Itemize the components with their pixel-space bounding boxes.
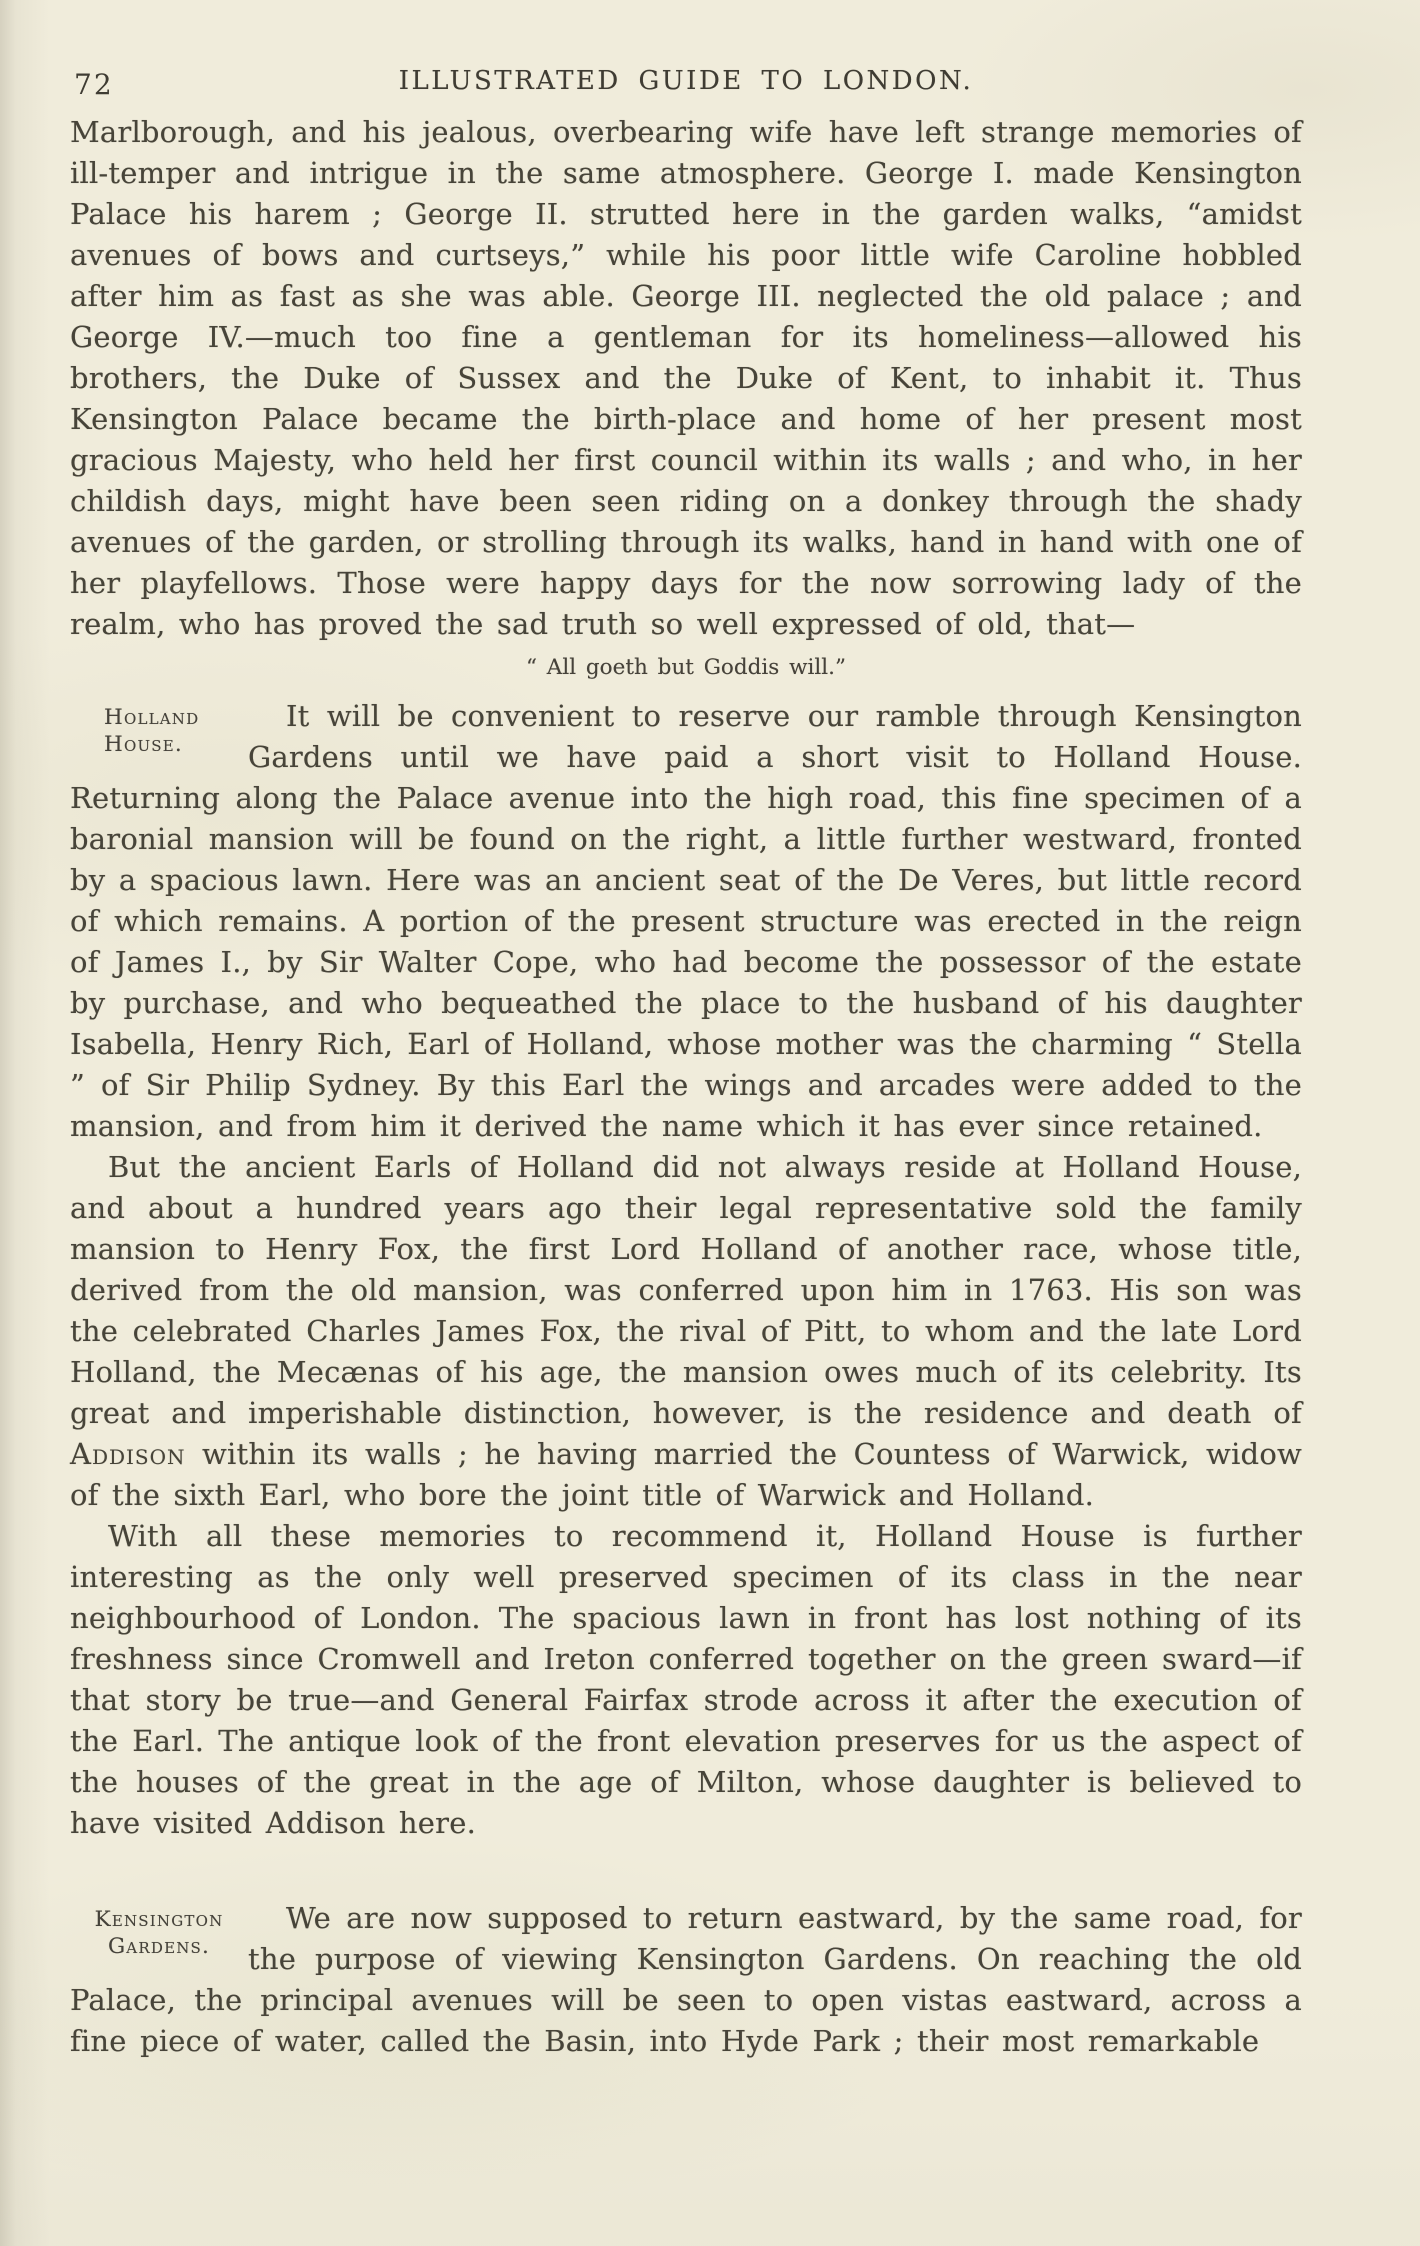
margin-note-holland-house: Holland House. [70, 696, 248, 778]
margin-note-text-line2: Gardens. [70, 1933, 248, 1960]
verse-quote: “ All goeth but Goddis will.” [70, 654, 1302, 682]
paragraph-kensington-gardens: Kensington Gardens. We are now supposed … [70, 1898, 1302, 2062]
book-page: 72 ILLUSTRATED GUIDE TO LONDON. Marlboro… [0, 0, 1420, 2246]
margin-note-text-line1: Kensington [70, 1906, 248, 1933]
margin-note-text: Holland House. [104, 704, 248, 758]
paragraph-text: It will be convenient to reserve our ram… [70, 699, 1302, 1143]
page-number: 72 [74, 68, 114, 101]
paragraph-text: within its walls ; he having married the… [70, 1437, 1302, 1512]
paragraph-memories: With all these memories to recommend it,… [70, 1516, 1302, 1844]
addison-smallcaps: Addison [70, 1437, 186, 1471]
page-body: Marlborough, and his jealous, overbearin… [70, 112, 1302, 2062]
paragraph-marlborough: Marlborough, and his jealous, overbearin… [70, 112, 1302, 645]
paragraph-holland-house: Holland House. It will be convenient to … [70, 696, 1302, 1147]
margin-note-kensington-gardens: Kensington Gardens. [70, 1898, 248, 1980]
paragraph-text: We are now supposed to return eastward, … [70, 1901, 1302, 2058]
paragraph-fox-addison: But the ancient Earls of Holland did not… [70, 1147, 1302, 1516]
running-title: ILLUSTRATED GUIDE TO LONDON. [70, 66, 1302, 96]
paragraph-text: But the ancient Earls of Holland did not… [70, 1150, 1302, 1430]
page-header: 72 ILLUSTRATED GUIDE TO LONDON. [70, 66, 1302, 102]
